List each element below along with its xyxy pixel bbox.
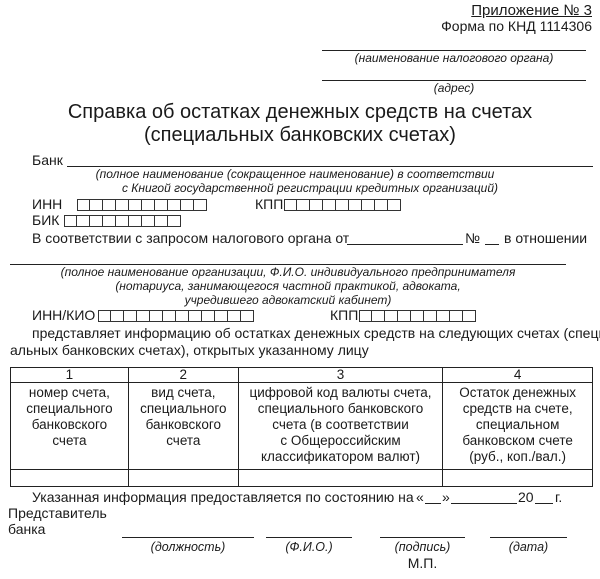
date-field[interactable]: [490, 537, 567, 538]
request-number-field[interactable]: [485, 244, 499, 245]
char-box[interactable]: [77, 215, 90, 227]
char-box[interactable]: [137, 310, 150, 322]
char-box[interactable]: [116, 199, 129, 211]
char-box[interactable]: [129, 199, 142, 211]
column-number: 1: [11, 368, 129, 383]
date-hint: (дата): [490, 540, 567, 554]
column-header-line: цифровой код валюты счета,: [241, 385, 441, 401]
char-box[interactable]: [103, 199, 116, 211]
document-title: Справка об остатках денежных средств на …: [0, 101, 600, 124]
column-header-line: счета (в соответствии: [241, 417, 441, 433]
char-box[interactable]: [437, 310, 450, 322]
in-relation-text: в отношении: [504, 230, 587, 246]
column-header-line: специального: [131, 401, 236, 417]
column-header-line: банковского: [131, 417, 236, 433]
bank-hint-line1: (полное наименование (сокращенное наимен…: [60, 167, 530, 181]
char-box[interactable]: [189, 310, 202, 322]
char-box[interactable]: [111, 310, 124, 322]
char-box[interactable]: [150, 310, 163, 322]
char-box[interactable]: [77, 199, 90, 211]
column-header-line: номер счета,: [13, 385, 126, 401]
request-text: В соответствии с запросом налогового орг…: [32, 230, 349, 246]
char-box[interactable]: [463, 310, 476, 322]
column-number: 3: [238, 368, 443, 383]
char-box[interactable]: [241, 310, 254, 322]
representative-label-line1: Представитель: [8, 505, 107, 521]
column-header-line: средств на счете,: [445, 401, 590, 417]
request-date-field[interactable]: [347, 244, 463, 245]
org-inn-kio-label: ИНН/КИО: [32, 307, 95, 323]
char-box[interactable]: [64, 215, 77, 227]
column-header-line: с Общероссийским: [241, 433, 441, 449]
char-box[interactable]: [181, 199, 194, 211]
table-cell[interactable]: [128, 470, 238, 487]
position-field[interactable]: [122, 537, 254, 538]
column-header-line: счета: [13, 433, 126, 449]
char-box[interactable]: [142, 215, 155, 227]
char-box[interactable]: [297, 199, 310, 211]
number-sign: №: [465, 230, 480, 246]
signature-hint: (подпись): [380, 540, 465, 554]
bank-bik-label: БИК: [32, 212, 59, 228]
column-header-line: специального: [13, 401, 126, 417]
char-box[interactable]: [411, 310, 424, 322]
column-header: Остаток денежныхсредств на счете,специал…: [443, 383, 593, 470]
column-header-line: банковского: [13, 417, 126, 433]
char-box[interactable]: [90, 199, 103, 211]
org-inn-kio-boxes[interactable]: [98, 310, 254, 322]
bank-kpp-boxes[interactable]: [284, 199, 401, 211]
column-header-line: (руб., коп./вал.): [445, 449, 590, 465]
signature-field[interactable]: [380, 537, 465, 538]
char-box[interactable]: [424, 310, 437, 322]
bank-kpp-label: КПП: [255, 196, 283, 212]
column-header-line: специального банковского: [241, 401, 441, 417]
day-field[interactable]: [425, 503, 441, 504]
org-kpp-label: КПП: [330, 307, 358, 323]
char-box[interactable]: [375, 199, 388, 211]
bank-hint-line2: с Книгой государственной регистрации кре…: [60, 181, 560, 195]
char-box[interactable]: [155, 199, 168, 211]
char-box[interactable]: [194, 199, 207, 211]
char-box[interactable]: [90, 215, 103, 227]
org-hint-line3: учредившего адвокатский кабинет): [10, 293, 566, 307]
address-hint: (адрес): [322, 81, 586, 95]
full-name-field[interactable]: [266, 537, 352, 538]
char-box[interactable]: [336, 199, 349, 211]
bank-bik-boxes[interactable]: [64, 215, 181, 227]
paragraph-line1: представляет информацию об остатках дене…: [32, 325, 600, 341]
stamp-label: М.П.: [380, 555, 465, 571]
char-box[interactable]: [323, 199, 336, 211]
column-header-line: Остаток денежных: [445, 385, 590, 401]
char-box[interactable]: [103, 215, 116, 227]
column-header-line: вид счета,: [131, 385, 236, 401]
char-box[interactable]: [168, 215, 181, 227]
char-box[interactable]: [372, 310, 385, 322]
document-subtitle: (специальных банковских счетах): [0, 124, 600, 147]
char-box[interactable]: [155, 215, 168, 227]
accounts-table: 1234номер счета,специальногобанковскогос…: [10, 367, 593, 487]
column-number: 4: [443, 368, 593, 383]
char-box[interactable]: [388, 199, 401, 211]
year-suffix: г.: [555, 489, 562, 505]
column-header-line: специальном: [445, 417, 590, 433]
representative-label-line2: банка: [8, 521, 45, 537]
bank-inn-label: ИНН: [32, 196, 62, 212]
bank-label: Банк: [32, 152, 63, 168]
column-header-line: банковском счете: [445, 433, 590, 449]
column-header-row: номер счета,специальногобанковскогосчета…: [11, 383, 593, 470]
char-box[interactable]: [450, 310, 463, 322]
column-header: цифровой код валюты счета,специального б…: [238, 383, 443, 470]
char-box[interactable]: [168, 199, 181, 211]
char-box[interactable]: [142, 199, 155, 211]
table-cell[interactable]: [238, 470, 443, 487]
char-box[interactable]: [129, 215, 142, 227]
bank-inn-boxes[interactable]: [77, 199, 207, 211]
column-number-row: 1234: [11, 368, 593, 383]
table-cell[interactable]: [11, 470, 129, 487]
org-hint-line1: (полное наименование организации, Ф.И.О.…: [10, 265, 566, 279]
tax-authority-hint: (наименование налогового органа): [322, 51, 586, 65]
char-box[interactable]: [215, 310, 228, 322]
state-text: Указанная информация предоставляется по …: [32, 489, 414, 505]
char-box[interactable]: [163, 310, 176, 322]
char-box[interactable]: [359, 310, 372, 322]
column-number: 2: [128, 368, 238, 383]
column-header: вид счета,специальногобанковскогосчета: [128, 383, 238, 470]
char-box[interactable]: [124, 310, 137, 322]
char-box[interactable]: [202, 310, 215, 322]
paragraph-line2: альных банковских счетах), открытых указ…: [10, 342, 369, 358]
quote-open: «: [416, 489, 424, 505]
appendix-label: Приложение № 3: [471, 2, 592, 19]
full-name-hint: (Ф.И.О.): [266, 540, 352, 554]
char-box[interactable]: [116, 215, 129, 227]
char-box[interactable]: [228, 310, 241, 322]
char-box[interactable]: [284, 199, 297, 211]
year-field[interactable]: [535, 503, 553, 504]
char-box[interactable]: [398, 310, 411, 322]
year-prefix: 20: [518, 489, 534, 505]
char-box[interactable]: [310, 199, 323, 211]
char-box[interactable]: [176, 310, 189, 322]
column-header-line: счета: [131, 433, 236, 449]
form-code: Форма по КНД 1114306: [441, 18, 592, 34]
position-hint: (должность): [122, 540, 254, 554]
month-field[interactable]: [451, 503, 517, 504]
table-cell[interactable]: [443, 470, 593, 487]
org-kpp-boxes[interactable]: [359, 310, 476, 322]
column-header-line: классификатором валют): [241, 449, 441, 465]
column-header: номер счета,специальногобанковскогосчета: [11, 383, 129, 470]
char-box[interactable]: [385, 310, 398, 322]
org-hint-line2: (нотариуса, занимающегося частной практи…: [10, 279, 566, 293]
char-box[interactable]: [98, 310, 111, 322]
char-box[interactable]: [362, 199, 375, 211]
char-box[interactable]: [349, 199, 362, 211]
table-row: [11, 470, 593, 487]
quote-close: »: [442, 489, 450, 505]
